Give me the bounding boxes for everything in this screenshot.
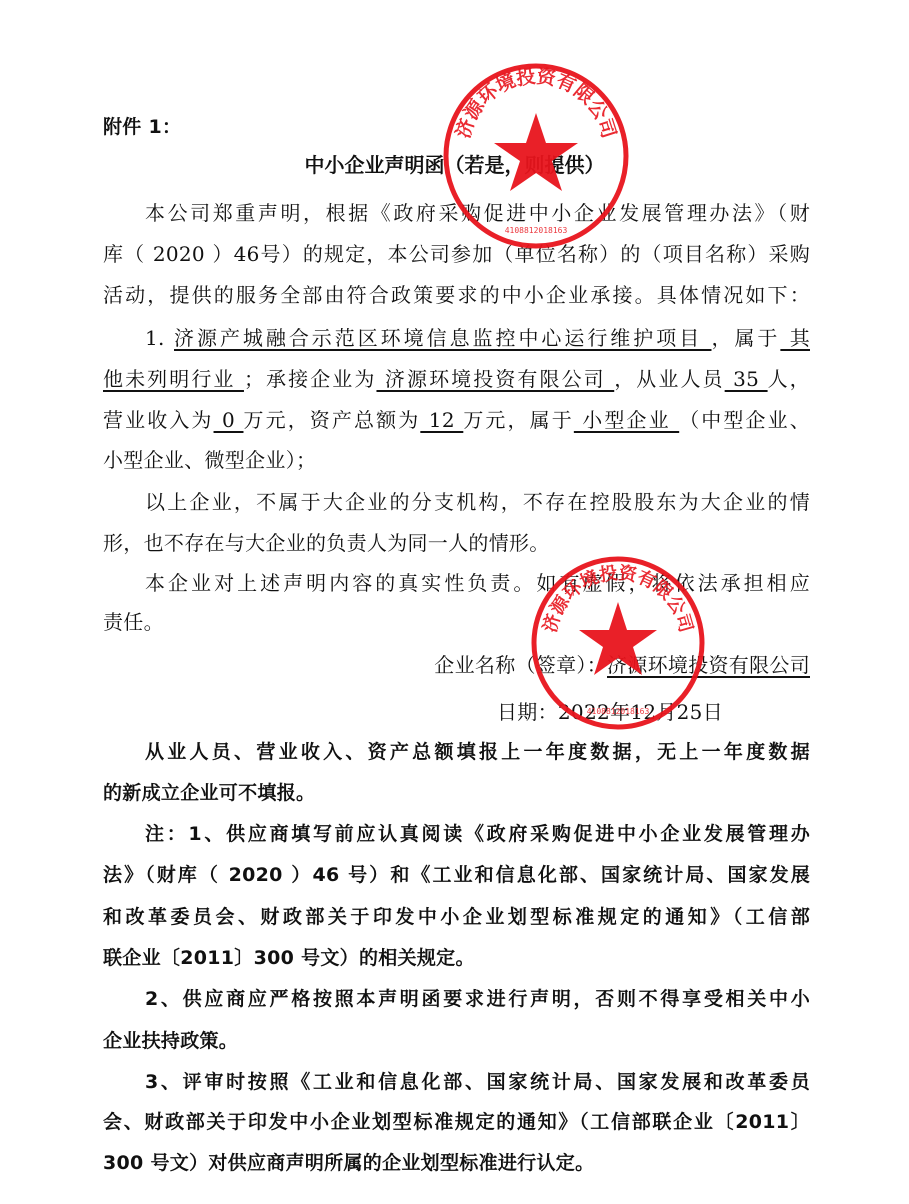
enterprise-type-field: 小型企业 [574, 408, 679, 432]
label: （中型企业、 [679, 408, 810, 432]
note-line-9: 3、评审时按照《工业和信息化部、国家统计局、国家发展和改革委员 [103, 1069, 810, 1095]
statement-line-2: 形，也不存在与大企业的负责人为同一人的情形。 [103, 530, 810, 556]
employees-field: 35 [725, 367, 768, 391]
note-line-3: 注：1、供应商填写前应认真阅读《政府采购促进中小企业发展管理办 [103, 821, 810, 847]
signature-label: 企业名称（签章）： [434, 653, 607, 677]
industry-field-cont: 他未列明行业 [103, 367, 244, 391]
date-label: 日期： [497, 700, 558, 724]
note-line-10: 会、财政部关于印发中小企业划型标准规定的通知》（工信部联企业〔2011〕 [103, 1109, 810, 1135]
item1-line-1: 1. 济源产城融合示范区环境信息监控中心运行维护项目 ，属于 其 [103, 325, 810, 351]
note-line-7: 2、供应商应严格按照本声明函要求进行声明，否则不得享受相关中小 [103, 986, 810, 1012]
responsibility-line-2: 责任。 [103, 609, 810, 635]
signature-line: 企业名称（签章）：济源环境投资有限公司 [103, 652, 810, 678]
label: ，属于 [711, 326, 780, 350]
attachment-label: 附件 1： [103, 114, 810, 140]
note-line-4: 法》（财库（ 2020 ）46 号）和《工业和信息化部、国家统计局、国家发展 [103, 862, 810, 888]
signature-company: 济源环境投资有限公司 [607, 653, 810, 677]
intro-line-2: 库（ 2020 ）46号）的规定，本公司参加（单位名称）的（项目名称）采购 [103, 241, 810, 267]
note-line-11: 300 号文）对供应商声明所属的企业划型标准进行认定。 [103, 1150, 810, 1176]
item-number: 1. [145, 326, 174, 350]
item1-line-2: 他未列明行业 ；承接企业为 济源环境投资有限公司 ，从业人员 35 人， [103, 366, 810, 392]
industry-field: 其 [780, 326, 810, 350]
note-line-6: 联企业〔2011〕300 号文）的相关规定。 [103, 945, 810, 971]
item1-line-4: 小型企业、微型企业）； [103, 447, 810, 473]
note-line-2: 的新成立企业可不填报。 [103, 780, 810, 806]
project-name-field: 济源产城融合示范区环境信息监控中心运行维护项目 [174, 326, 711, 350]
date-line: 日期：2022年12月25日 [497, 699, 797, 725]
statement-line-1: 以上企业，不属于大企业的分支机构，不存在控股股东为大企业的情 [103, 489, 810, 515]
note-line-5: 和改革委员会、财政部关于印发中小企业划型标准规定的通知》（工信部 [103, 904, 810, 930]
label: 万元，属于 [463, 408, 574, 432]
document-title: 中小企业声明函（若是，则提供） [0, 149, 909, 178]
label: 万元，资产总额为 [243, 408, 420, 432]
responsibility-line-1: 本企业对上述声明内容的真实性负责。如有虚假，将依法承担相应 [103, 570, 810, 596]
note-line-8: 企业扶持政策。 [103, 1028, 810, 1054]
intro-line-1: 本公司郑重声明，根据《政府采购促进中小企业发展管理办法》（财 [103, 200, 810, 226]
note-line-1: 从业人员、营业收入、资产总额填报上一年度数据，无上一年度数据 [103, 739, 810, 765]
revenue-field: 0 [214, 408, 244, 432]
item1-line-3: 营业收入为 0 万元，资产总额为 12 万元，属于 小型企业 （中型企业、 [103, 407, 810, 433]
svg-text:4108812018163: 4108812018163 [505, 226, 568, 235]
label: ，从业人员 [614, 367, 724, 391]
assets-field: 12 [420, 408, 463, 432]
label: ；承接企业为 [244, 367, 377, 391]
label: 营业收入为 [103, 408, 214, 432]
intro-line-3: 活动，提供的服务全部由符合政策要求的中小企业承接。具体情况如下： [103, 282, 810, 308]
label: 人， [768, 367, 810, 391]
contractor-field: 济源环境投资有限公司 [376, 367, 614, 391]
date-value: 2022年12月25日 [558, 700, 723, 724]
